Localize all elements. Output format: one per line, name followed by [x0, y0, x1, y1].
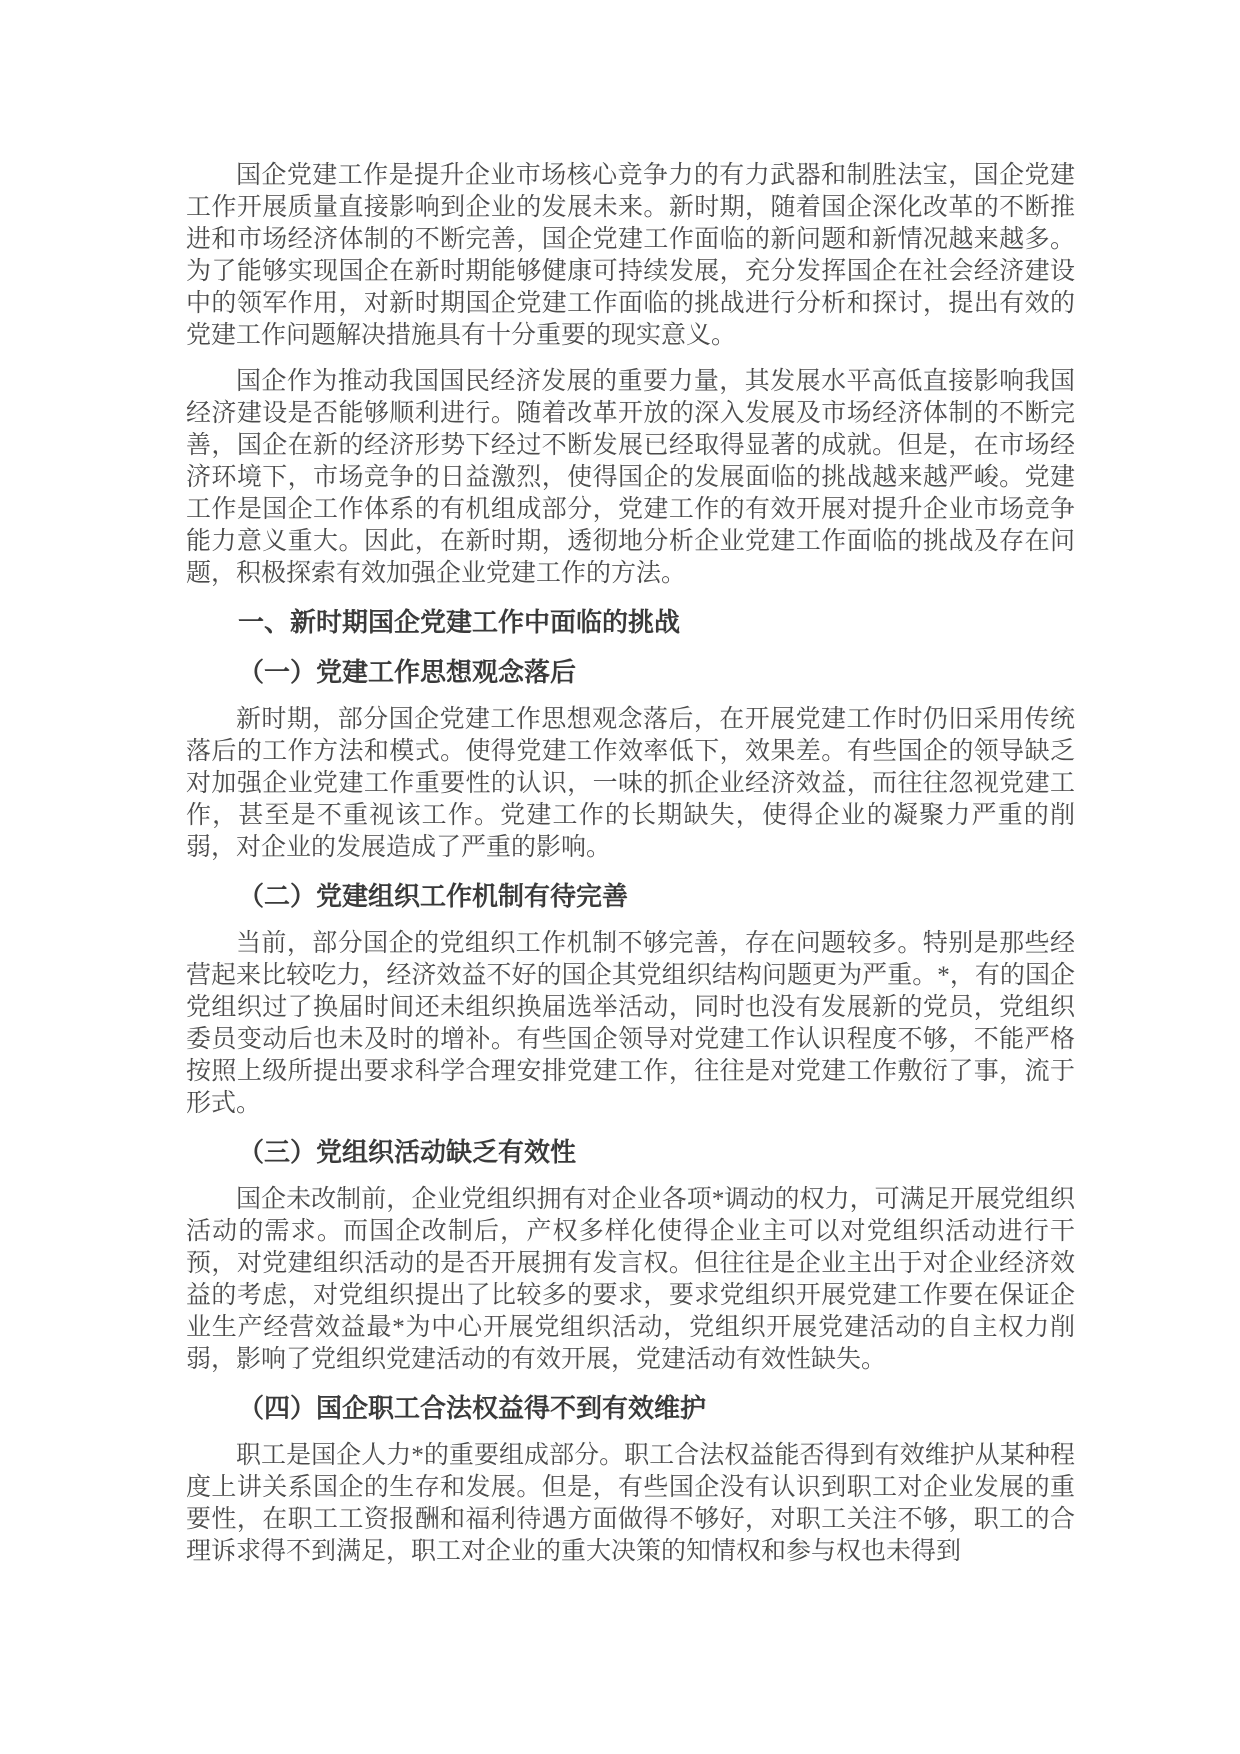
body-paragraph: 新时期，部分国企党建工作思想观念落后，在开展党建工作时仍旧采用传统落后的工作方法… — [186, 704, 1075, 864]
subsection-heading: （四）国企职工合法权益得不到有效维护 — [186, 1390, 1075, 1426]
subsection-heading: （一）党建工作思想观念落后 — [186, 654, 1075, 690]
body-paragraph: 职工是国企人力*的重要组成部分。职工合法权益能否得到有效维护从某种程度上讲关系国… — [186, 1440, 1075, 1568]
document-page: 国企党建工作是提升企业市场核心竞争力的有力武器和制胜法宝，国企党建工作开展质量直… — [0, 0, 1240, 1754]
body-paragraph: 国企党建工作是提升企业市场核心竞争力的有力武器和制胜法宝，国企党建工作开展质量直… — [186, 160, 1075, 352]
subsection-heading: （二）党建组织工作机制有待完善 — [186, 878, 1075, 914]
document-content: 国企党建工作是提升企业市场核心竞争力的有力武器和制胜法宝，国企党建工作开展质量直… — [186, 160, 1075, 1568]
body-paragraph: 当前，部分国企的党组织工作机制不够完善，存在问题较多。特别是那些经营起来比较吃力… — [186, 928, 1075, 1120]
body-paragraph: 国企未改制前，企业党组织拥有对企业各项*调动的权力，可满足开展党组织活动的需求。… — [186, 1184, 1075, 1376]
body-paragraph: 国企作为推动我国国民经济发展的重要力量，其发展水平高低直接影响我国经济建设是否能… — [186, 366, 1075, 590]
subsection-heading: （三）党组织活动缺乏有效性 — [186, 1134, 1075, 1170]
section-heading: 一、新时期国企党建工作中面临的挑战 — [186, 604, 1075, 640]
